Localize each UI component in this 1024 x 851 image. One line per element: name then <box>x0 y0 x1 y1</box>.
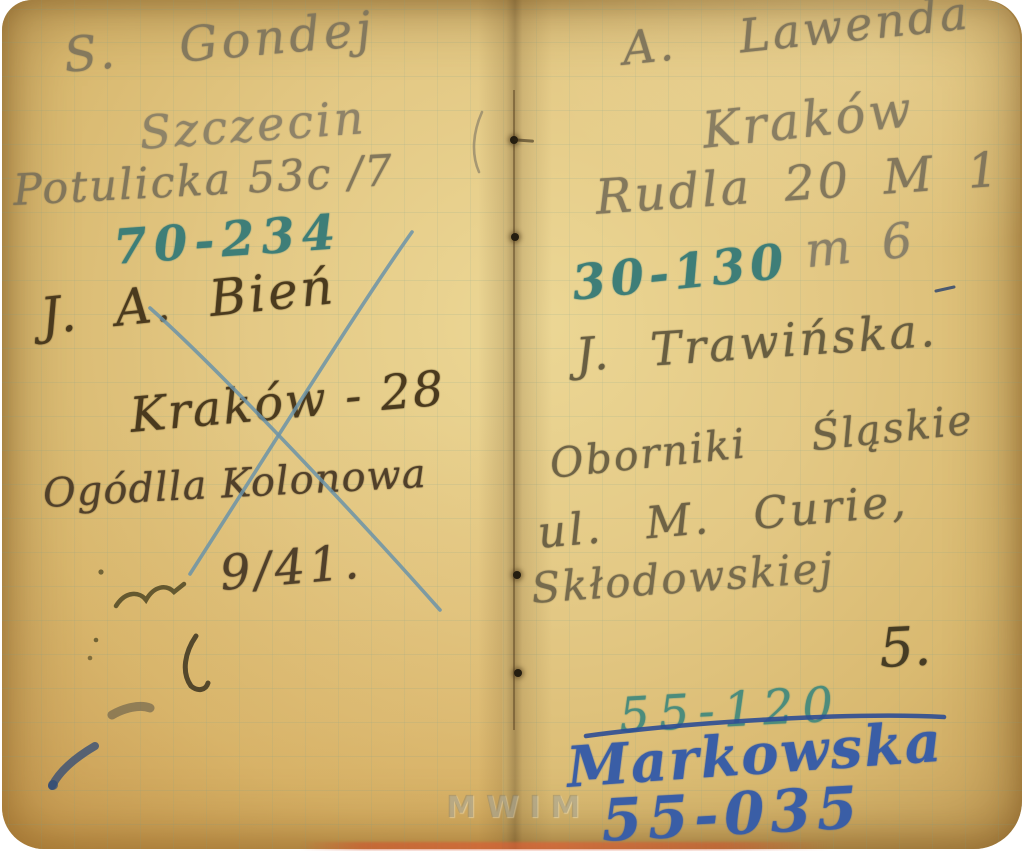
stitch-hole <box>511 233 519 241</box>
stitch-hole <box>514 669 522 677</box>
centre-fold-shadow <box>478 0 552 849</box>
red-page-edge <box>300 842 830 850</box>
entry-house-number: 9/41. <box>218 538 365 598</box>
centre-fold-crease <box>513 90 515 730</box>
stitch-hole <box>513 571 521 579</box>
notebook-scan: S. Gondej Szczecin Potulicka 53c /7 70-2… <box>0 0 1024 851</box>
museum-watermark: MWIM <box>446 790 590 825</box>
entry-house-number: 5. <box>878 619 932 676</box>
entry-phone-blue: 55-035 <box>600 778 865 850</box>
entry-phone-suffix: m 6 <box>802 211 923 279</box>
